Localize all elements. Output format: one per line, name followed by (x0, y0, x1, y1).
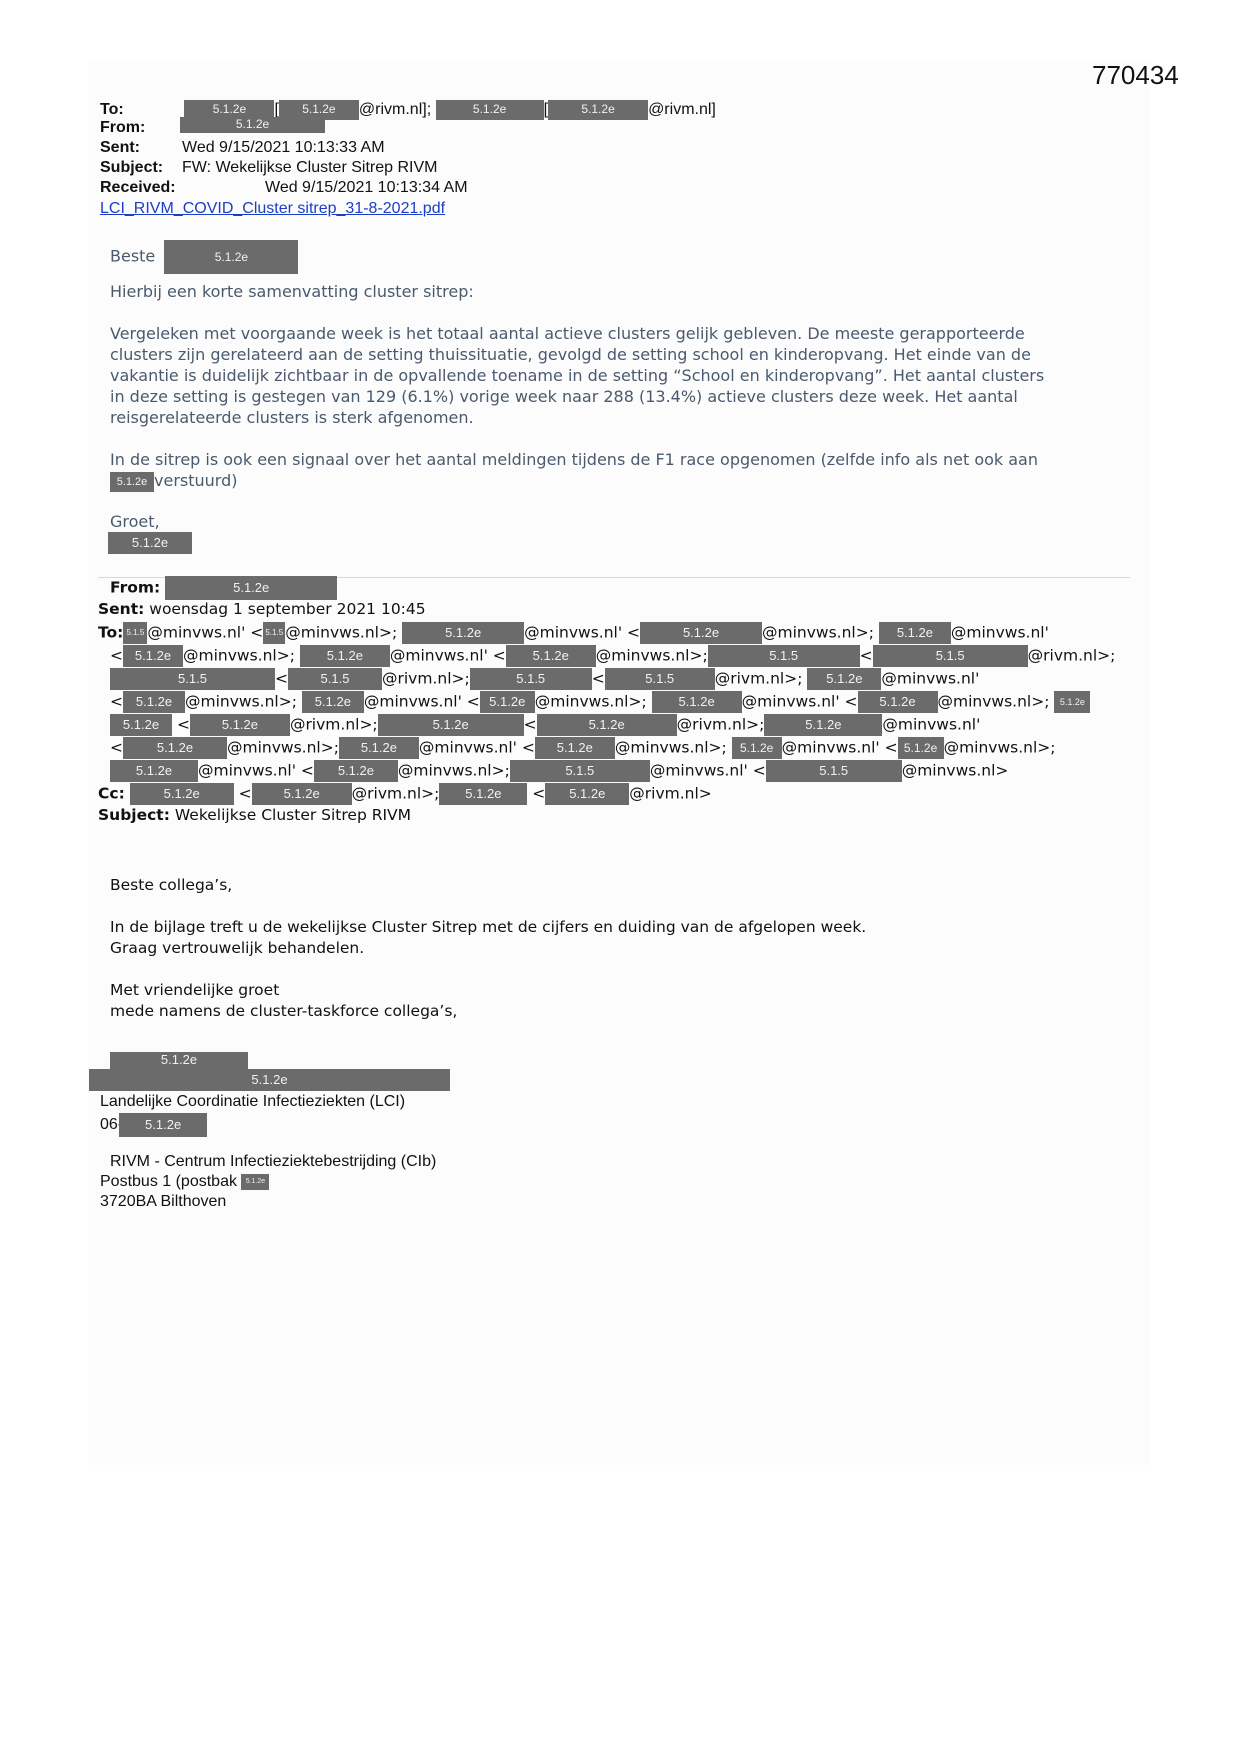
greeting: Beste 5.1.2e (110, 240, 298, 274)
fw-to-row: To:5.1.5@minvws.nl' <5.1.5@minvws.nl>; 5… (98, 622, 1049, 644)
redaction: 5.1.2e (89, 1069, 450, 1091)
fw-closing1: Met vriendelijke groet (110, 981, 279, 999)
to-suffix: @rivm.nl] (648, 101, 716, 118)
fw-to-row: 5.1.2e <5.1.2e@rivm.nl>;5.1.2e<5.1.2e@ri… (110, 714, 980, 736)
signature-city: 3720BA Bilthoven (100, 1193, 226, 1211)
subject-row: Subject:FW: Wekelijkse Cluster Sitrep RI… (100, 159, 437, 177)
received-label: Received: (100, 179, 265, 197)
fw-closing2: mede namens de cluster-taskforce collega… (110, 1002, 457, 1020)
sent-row: Sent:Wed 9/15/2021 10:13:33 AM (100, 139, 385, 157)
fw-to-row: <5.1.2e@minvws.nl>; 5.1.2e@minvws.nl' <5… (110, 645, 1115, 667)
to-label: To: (100, 101, 180, 119)
fw-to-row: <5.1.2e@minvws.nl>; 5.1.2e@minvws.nl' <5… (110, 691, 1090, 713)
from-label: From: (100, 119, 180, 137)
redaction: 5.1.2e (164, 240, 298, 274)
fw-cc-row: Cc: 5.1.2e <5.1.2e@rivm.nl>;5.1.2e <5.1.… (98, 783, 712, 805)
received-value: Wed 9/15/2021 10:13:34 AM (265, 179, 468, 196)
fw-greeting: Beste collega’s, (110, 876, 232, 894)
sent-value: Wed 9/15/2021 10:13:33 AM (182, 139, 385, 156)
fw-subject-row: Subject: Wekelijkse Cluster Sitrep RIVM (98, 806, 411, 824)
subject-value: FW: Wekelijkse Cluster Sitrep RIVM (182, 159, 437, 176)
redaction: 5.1.2e (436, 100, 544, 120)
signature-postbus: Postbus 1 (postbak 5.1.2e (100, 1173, 269, 1191)
intro-text: Hierbij een korte samenvatting cluster s… (110, 282, 474, 301)
attachment-link[interactable]: LCI_RIVM_COVID_Cluster sitrep_31-8-2021.… (100, 200, 445, 218)
fw-to-row: 5.1.2e@minvws.nl' <5.1.2e@minvws.nl>;5.1… (110, 760, 1008, 782)
redaction: 5.1.2e (165, 576, 337, 600)
to-suffix: @rivm.nl]; (359, 101, 431, 118)
received-row: Received:Wed 9/15/2021 10:13:34 AM (100, 179, 468, 197)
fw-sent-row: Sent: woensdag 1 september 2021 10:45 (98, 600, 426, 618)
page-number: 770434 (1092, 60, 1179, 91)
from-row: From:5.1.2e (100, 119, 325, 137)
redaction: 5.1.2e (180, 117, 325, 133)
sent-label: Sent: (100, 139, 182, 157)
fw-to-row: 5.1.5<5.1.5@rivm.nl>;5.1.5<5.1.5@rivm.nl… (110, 668, 979, 690)
summary-paragraph: Vergeleken met voorgaande week is het to… (110, 323, 1044, 428)
redaction: 5.1.2e (548, 100, 648, 120)
fw-line2: Graag vertrouwelijk behandelen. (110, 939, 364, 957)
signature-org: RIVM - Centrum Infectieziektebestrijding… (110, 1153, 436, 1171)
fw-from-row: From: 5.1.2e (110, 576, 337, 600)
redaction: 5.1.2e (119, 1113, 207, 1137)
subject-label: Subject: (100, 159, 182, 177)
fw-line1: In de bijlage treft u de wekelijkse Clus… (110, 918, 866, 936)
fw-to-row: <5.1.2e@minvws.nl>;5.1.2e@minvws.nl' <5.… (110, 737, 1055, 759)
redaction: 5.1.2e (108, 532, 192, 554)
redaction: 5.1.2e (110, 1052, 248, 1070)
signature-phone: 06-5.1.2e (100, 1113, 207, 1137)
signal-paragraph: In de sitrep is ook een signaal over het… (110, 449, 1038, 492)
redaction: 5.1.2e (241, 1174, 269, 1190)
redaction: 5.1.2e (110, 472, 154, 492)
signature-department: Landelijke Coordinatie Infectieziekten (… (100, 1093, 405, 1111)
closing: Groet, (110, 512, 160, 531)
